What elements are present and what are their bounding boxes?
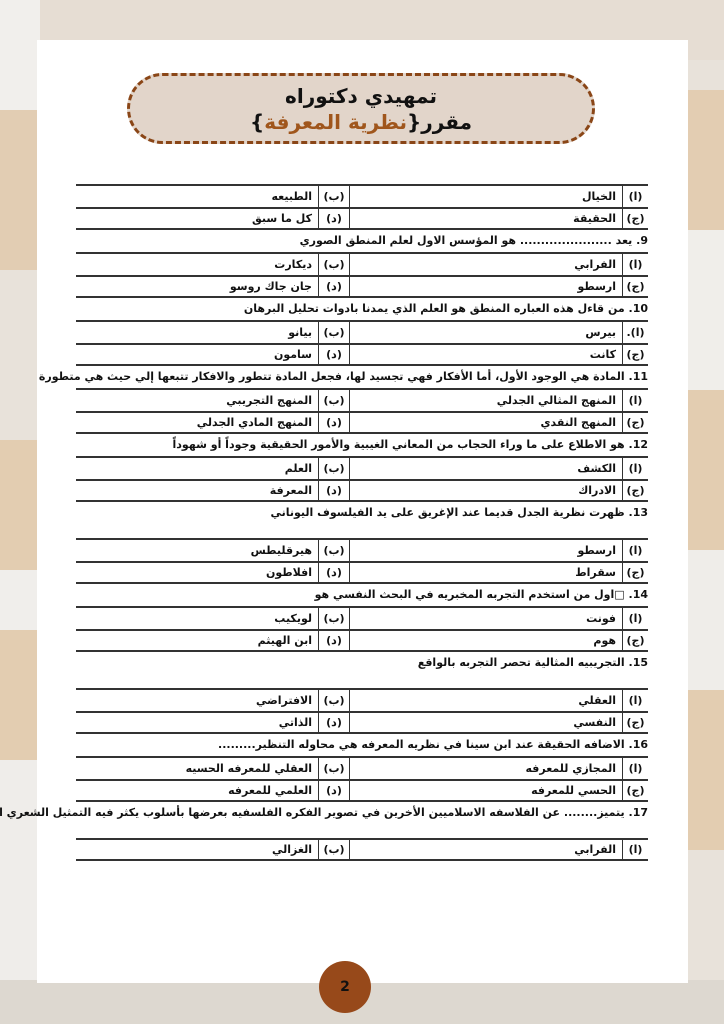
bracket-close: } (250, 110, 264, 134)
question-body: يتميز........ عن الفلاسفه الاسلاميين الأ… (0, 806, 625, 819)
option-choice[interactable]: بيرس (349, 322, 622, 343)
option-letter: (ا) (622, 186, 648, 207)
option-choice[interactable]: سامون (76, 345, 318, 364)
option-choice[interactable]: النفسي (349, 713, 622, 732)
option-letter: (د) (318, 631, 349, 650)
option-choice[interactable]: الغزالي (76, 840, 318, 859)
option-letter: (ا) (622, 608, 648, 629)
question-text: 17. يتميز........ عن الفلاسفه الاسلاميين… (76, 802, 648, 838)
option-letter: (ا). (622, 322, 648, 343)
background-right-white (688, 550, 724, 690)
option-choice[interactable]: جان جاك روسو (76, 277, 318, 296)
options-row: (ج)سقراط(د)افلاطون (76, 561, 648, 584)
options-row: (ا)فونت(ب)لويكيب (76, 606, 648, 629)
questions-list: (ا)الخيال(ب)الطبيعه(ج)الحقيقة(د)كل ما سب… (76, 184, 648, 861)
option-choice[interactable]: المجازي للمعرفه (349, 758, 622, 779)
options-row: (ا)الخيال(ب)الطبيعه (76, 184, 648, 207)
option-choice[interactable]: الكشف (349, 458, 622, 479)
question-body: هو الاطلاع على ما وراء الحجاب من المعاني… (173, 438, 625, 451)
option-letter: (ب) (318, 390, 349, 411)
option-letter: (ب) (318, 840, 349, 859)
options-row: (ا).بيرس(ب)بيانو (76, 320, 648, 343)
question-body: المادة هي الوجود الأول، أما الأفكار فهي … (39, 370, 625, 383)
option-letter: (ب) (318, 540, 349, 561)
options-row: (ا)الفرابي(ب)الغزالي (76, 838, 648, 861)
option-choice[interactable]: المنهج المادي الجدلي (76, 413, 318, 432)
option-choice[interactable]: هوم (349, 631, 622, 650)
background-left-tan (0, 630, 40, 760)
question-number: 16. (629, 738, 649, 751)
option-letter: (د) (318, 209, 349, 228)
option-choice[interactable]: الادراك (349, 481, 622, 500)
option-choice[interactable]: الحقيقة (349, 209, 622, 228)
course-subtitle: مقرر{نظرية المعرفة} (130, 110, 592, 134)
background-left-white (0, 0, 40, 120)
option-letter: (ج) (622, 413, 648, 432)
option-letter: (ب) (318, 690, 349, 711)
option-letter: (ا) (622, 254, 648, 275)
question-body: الاضافه الحقيقة عند ابن سينا في نظريه ال… (218, 738, 625, 751)
header-banner: تمهيدي دكتوراه مقرر{نظرية المعرفة} (127, 73, 595, 144)
options-row: (ج)ارسطو(د)جان جاك روسو (76, 275, 648, 298)
option-choice[interactable]: الذاتي (76, 713, 318, 732)
question-body: □اول من استخدم التجربه المخبريه في البحث… (315, 588, 625, 601)
background-left-tan (0, 110, 40, 270)
option-letter: (ا) (622, 840, 648, 859)
options-row: (ج)كانت(د)سامون (76, 343, 648, 366)
background-right-white (688, 230, 724, 390)
options-row: (ج)هوم(د)ابن الهيثم (76, 629, 648, 652)
question-body: يعد ...................... هو المؤسس الا… (300, 234, 633, 247)
option-choice[interactable]: ديكارت (76, 254, 318, 275)
question-text: 16. الاضافه الحقيقة عند ابن سينا في نظري… (76, 734, 648, 756)
question-text: 12. هو الاطلاع على ما وراء الحجاب من الم… (76, 434, 648, 456)
question-text: 15. التجريبيه المثالية تحصر التجربه بالو… (76, 652, 648, 688)
options-row: (ج)المنهج النقدي(د)المنهج المادي الجدلي (76, 411, 648, 434)
options-row: (ج)الحقيقة(د)كل ما سبق (76, 207, 648, 230)
option-letter: (ج) (622, 713, 648, 732)
option-choice[interactable]: المعرفة (76, 481, 318, 500)
options-row: (ا)ارسطو(ب)هيرقليطس (76, 538, 648, 561)
option-choice[interactable]: افلاطون (76, 563, 318, 582)
option-choice[interactable]: المنهج النقدي (349, 413, 622, 432)
option-letter: (ج) (622, 345, 648, 364)
option-choice[interactable]: الحسي للمعرفه (349, 781, 622, 800)
document-page: تمهيدي دكتوراه مقرر{نظرية المعرفة} (ا)ال… (37, 40, 688, 983)
question-body: التجريبيه المثالية تحصر التجربه بالواقع (418, 656, 625, 669)
options-row: (ا)الكشف(ب)العلم (76, 456, 648, 479)
option-letter: (ا) (622, 690, 648, 711)
bracket-open: { (407, 110, 421, 134)
option-letter: (د) (318, 481, 349, 500)
options-row: (ج)الادراك(د)المعرفة (76, 479, 648, 502)
question-number: 10. (629, 302, 649, 315)
page-title: تمهيدي دكتوراه (130, 84, 592, 108)
option-letter: (ا) (622, 390, 648, 411)
course-name: نظرية المعرفة (264, 110, 407, 134)
option-choice[interactable]: لويكيب (76, 608, 318, 629)
question-text: 10. من قاءل هذه العباره المنطق هو العلم … (76, 298, 648, 320)
question-number: 17. (629, 806, 649, 819)
option-choice[interactable]: بيانو (76, 322, 318, 343)
question-number: 9. (636, 234, 648, 247)
option-choice[interactable]: سقراط (349, 563, 622, 582)
option-choice[interactable]: العقلي (349, 690, 622, 711)
question-text: 13. ظهرت نظرية الجدل قديما عند الإغريق ع… (76, 502, 648, 538)
option-letter: (د) (318, 345, 349, 364)
option-choice[interactable]: العلمي للمعرفه (76, 781, 318, 800)
options-row: (ج)النفسي(د)الذاتي (76, 711, 648, 734)
course-prefix: مقرر (421, 110, 472, 134)
options-row: (ا)المجازي للمعرفه(ب)العقلي للمعرفه الحس… (76, 756, 648, 779)
question-number: 14. (629, 588, 649, 601)
question-text: 9. يعد ...................... هو المؤسس … (76, 230, 648, 252)
option-letter: (ج) (622, 277, 648, 296)
option-choice[interactable]: هيرقليطس (76, 540, 318, 561)
option-letter: (د) (318, 277, 349, 296)
option-letter: (د) (318, 713, 349, 732)
option-choice[interactable]: كانت (349, 345, 622, 364)
option-letter: (د) (318, 413, 349, 432)
question-number: 13. (629, 506, 649, 519)
option-letter: (د) (318, 781, 349, 800)
option-letter: (ج) (622, 631, 648, 650)
question-body: من قاءل هذه العباره المنطق هو العلم الذي… (244, 302, 625, 315)
question-body: ظهرت نظرية الجدل قديما عند الإغريق على ي… (270, 506, 624, 519)
options-row: (ا)الفرابي(ب)ديكارت (76, 252, 648, 275)
option-choice[interactable]: العقلي للمعرفه الحسيه (76, 758, 318, 779)
option-letter: (ا) (622, 540, 648, 561)
option-choice[interactable]: الفرابي (349, 840, 622, 859)
option-letter: (ا) (622, 458, 648, 479)
options-row: (ا)المنهج المثالي الجدلي(ب)المنهج التجري… (76, 388, 648, 411)
background-left-white (0, 760, 40, 1000)
option-choice[interactable]: الافتراضي (76, 690, 318, 711)
question-text: 14. □اول من استخدم التجربه المخبريه في ا… (76, 584, 648, 606)
option-letter: (ج) (622, 563, 648, 582)
option-letter: (ب) (318, 254, 349, 275)
option-choice[interactable]: المنهج التجريبي (76, 390, 318, 411)
option-letter: (ب) (318, 186, 349, 207)
option-letter: (ج) (622, 481, 648, 500)
option-choice[interactable]: كل ما سبق (76, 209, 318, 228)
option-choice[interactable]: الخيال (349, 186, 622, 207)
options-row: (ج)الحسي للمعرفه(د)العلمي للمعرفه (76, 779, 648, 802)
background-right-tan (688, 390, 724, 550)
option-letter: (د) (318, 563, 349, 582)
option-letter: (ب) (318, 758, 349, 779)
option-choice[interactable]: العلم (76, 458, 318, 479)
background-right-tan (688, 690, 724, 850)
question-number: 12. (629, 438, 649, 451)
background-right-tan (688, 90, 724, 230)
option-choice[interactable]: المنهج المثالي الجدلي (349, 390, 622, 411)
option-choice[interactable]: فونت (349, 608, 622, 629)
option-choice[interactable]: ارسطو (349, 540, 622, 561)
option-letter: (ب) (318, 322, 349, 343)
option-letter: (ب) (318, 458, 349, 479)
question-number: 15. (629, 656, 649, 669)
page-number-badge: 2 (319, 961, 371, 1013)
option-letter: (ج) (622, 209, 648, 228)
question-text: 11. المادة هي الوجود الأول، أما الأفكار … (76, 366, 648, 388)
options-row: (ا)العقلي(ب)الافتراضي (76, 688, 648, 711)
option-letter: (ب) (318, 608, 349, 629)
background-left-white (0, 570, 40, 630)
option-choice[interactable]: الفرابي (349, 254, 622, 275)
option-letter: (ج) (622, 781, 648, 800)
option-choice[interactable]: ارسطو (349, 277, 622, 296)
option-choice[interactable]: ابن الهيثم (76, 631, 318, 650)
question-number: 11. (629, 370, 649, 383)
option-choice[interactable]: الطبيعه (76, 186, 318, 207)
option-letter: (ا) (622, 758, 648, 779)
background-left-tan (0, 440, 40, 570)
